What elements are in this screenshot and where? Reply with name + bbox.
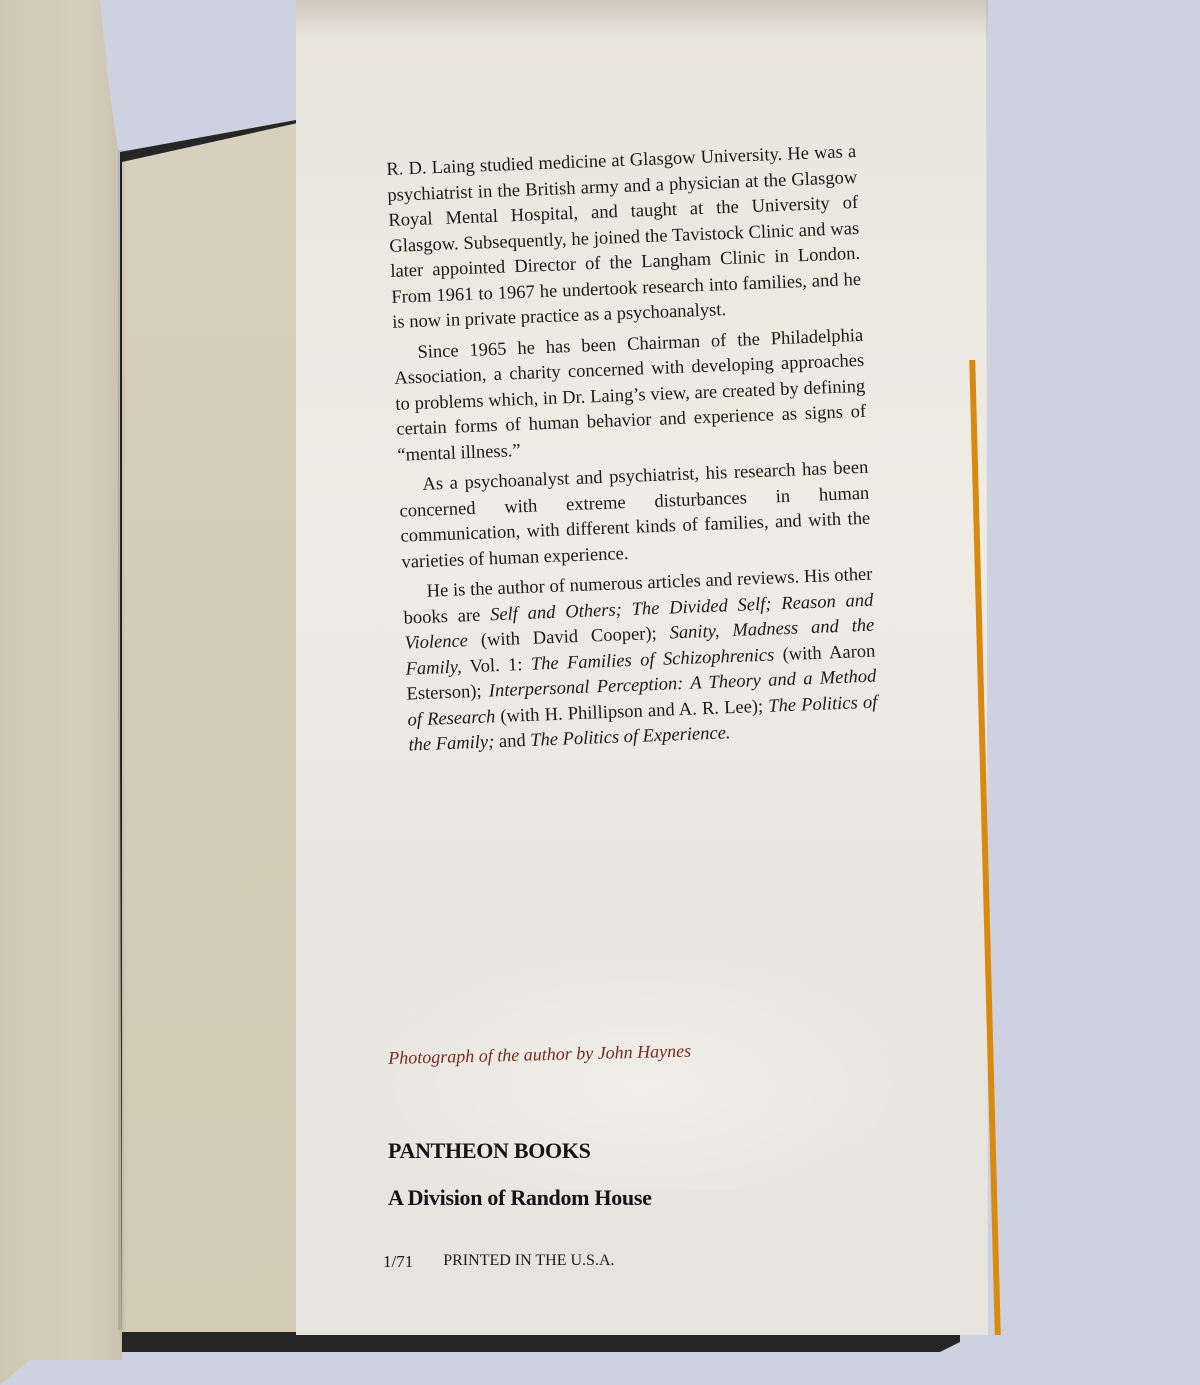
segment: (with David Cooper); [468, 623, 670, 651]
publisher-name: PANTHEON BOOKS [388, 1138, 591, 1164]
book-title: The Politics of Experience. [530, 723, 731, 751]
publisher-division: A Division of Random House [388, 1185, 652, 1211]
book-photo: R. D. Laing studied medicine at Glasgow … [0, 0, 1200, 1385]
left-page [0, 0, 122, 1385]
book-title: The Families of Schizophrenics [531, 645, 775, 674]
bio-paragraph: Since 1965 he has been Chairman of the P… [393, 323, 868, 468]
segment: and [494, 731, 531, 752]
printed-in: PRINTED IN THE U.S.A. [443, 1252, 614, 1272]
bio-paragraph: R. D. Laing studied medicine at Glasgow … [386, 140, 863, 336]
print-code: 1/71 [383, 1252, 413, 1272]
segment: (with H. Phillipson and A. R. Lee); [495, 696, 769, 726]
author-bio: R. D. Laing studied medicine at Glasgow … [386, 140, 879, 764]
spine-shadow [118, 150, 126, 1330]
print-line: 1/71 PRINTED IN THE U.S.A. [383, 1252, 615, 1272]
endpaper [122, 122, 302, 1332]
bio-paragraph: As a psychoanalyst and psychiatrist, his… [398, 456, 872, 576]
bio-paragraph-books: He is the author of numerous articles an… [402, 563, 879, 759]
segment: Vol. 1: [461, 654, 531, 677]
flap-top-soiling [296, 0, 988, 40]
